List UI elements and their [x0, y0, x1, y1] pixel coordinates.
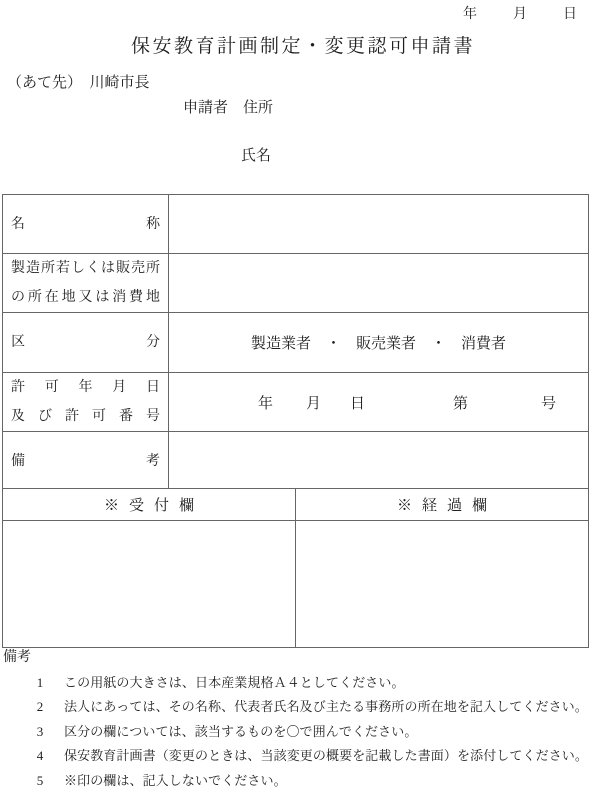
permission-number-suffix-label: 号 [541, 396, 556, 412]
note-item-4: 4 保安教育計画書（変更のときは、当該変更の概要を記載した書面）を添付してくださ… [3, 748, 588, 764]
location-row-label-cell: 製造所若しくは販売所 の所在地又は消費地 [3, 254, 169, 313]
note-text: ※印の欄は、記入しないでください。 [64, 773, 287, 789]
note-item-1: 1 この用紙の大きさは、日本産業規格Ａ４としてください。 [3, 675, 588, 691]
note-number: 5 [33, 773, 47, 789]
permission-month-label: 月 [306, 396, 321, 412]
permission-number-prefix-label: 第 [453, 396, 468, 412]
location-row-label-line1: 製造所若しくは販売所 [11, 254, 160, 283]
permission-year-label: 年 [258, 396, 273, 412]
table-row-permission: 許可年月日 及び許可番号 年月日第号 [3, 373, 589, 432]
applicant-label: 申請者 [183, 96, 228, 117]
staff-body-row [3, 521, 589, 648]
location-row-value-cell [169, 254, 589, 313]
reception-column-cell [3, 521, 296, 648]
notes-heading: 備考 [3, 650, 588, 666]
address-label: 住所 [243, 96, 273, 117]
addressee-line: （あて先） 川崎市長 [7, 71, 150, 92]
name-label: 氏名 [241, 144, 271, 165]
remarks-row-label-cell: 備考 [3, 432, 169, 491]
note-item-3: 3 区分の欄については、該当するものを〇で囲んでください。 [3, 724, 588, 740]
table-row-remarks: 備考 [3, 432, 589, 491]
day-label: 日 [563, 3, 577, 23]
location-row-label-line2: の所在地又は消費地 [11, 283, 160, 312]
progress-column-cell [296, 521, 589, 648]
category-row-value-cell: 製造業者 ・ 販売業者 ・ 消費者 [169, 313, 589, 373]
permission-row-label-line1: 許可年月日 [11, 373, 160, 402]
name-row-label-cell: 名称 [3, 195, 169, 254]
permission-day-label: 日 [350, 396, 365, 412]
year-label: 年 [463, 3, 477, 23]
staff-header-row: ※受付欄 ※経過欄 [3, 489, 589, 521]
name-row-value-cell [169, 195, 589, 254]
note-number: 3 [33, 724, 47, 740]
staff-use-table: ※受付欄 ※経過欄 [2, 488, 589, 648]
category-row-label: 区分 [11, 328, 160, 357]
permission-row-label-line2: 及び許可番号 [11, 402, 160, 431]
note-text: 保安教育計画書（変更のときは、当該変更の概要を記載した書面）を添付してください。 [64, 748, 588, 764]
remarks-row-label: 備考 [11, 447, 160, 476]
category-row-label-cell: 区分 [3, 313, 169, 373]
table-row-location: 製造所若しくは販売所 の所在地又は消費地 [3, 254, 589, 313]
month-label: 月 [513, 3, 527, 23]
progress-column-header: ※経過欄 [296, 489, 589, 521]
table-row-name: 名称 [3, 195, 589, 254]
note-number: 4 [33, 748, 47, 764]
notes-section: 備考 1 この用紙の大きさは、日本産業規格Ａ４としてください。 2 法人にあって… [3, 650, 588, 789]
note-item-2: 2 法人にあっては、その名称、代表者氏名及び主たる事務所の所在地を記入してくださ… [3, 699, 588, 715]
application-table: 名称 製造所若しくは販売所 の所在地又は消費地 区分 製造業者 ・ 販売業者 ・… [2, 194, 589, 491]
name-row-label: 名称 [11, 210, 160, 239]
application-form-page: { "colors": { "background": "#ffffff", "… [0, 0, 590, 793]
date-line: 年 月 日 [463, 3, 577, 23]
reception-column-header: ※受付欄 [3, 489, 296, 521]
form-title: 保安教育計画制定・変更認可申請書 [0, 31, 590, 58]
remarks-row-value-cell [169, 432, 589, 491]
permission-row-label-cell: 許可年月日 及び許可番号 [3, 373, 169, 432]
table-row-category: 区分 製造業者 ・ 販売業者 ・ 消費者 [3, 313, 589, 373]
note-number: 1 [33, 675, 47, 691]
note-number: 2 [33, 699, 47, 715]
note-text: 区分の欄については、該当するものを〇で囲んでください。 [64, 724, 417, 740]
note-text: 法人にあっては、その名称、代表者氏名及び主たる事務所の所在地を記入してください。 [64, 699, 588, 715]
note-item-5: 5 ※印の欄は、記入しないでください。 [3, 773, 588, 789]
permission-row-value-cell: 年月日第号 [169, 373, 589, 432]
note-text: この用紙の大きさは、日本産業規格Ａ４としてください。 [64, 675, 405, 691]
